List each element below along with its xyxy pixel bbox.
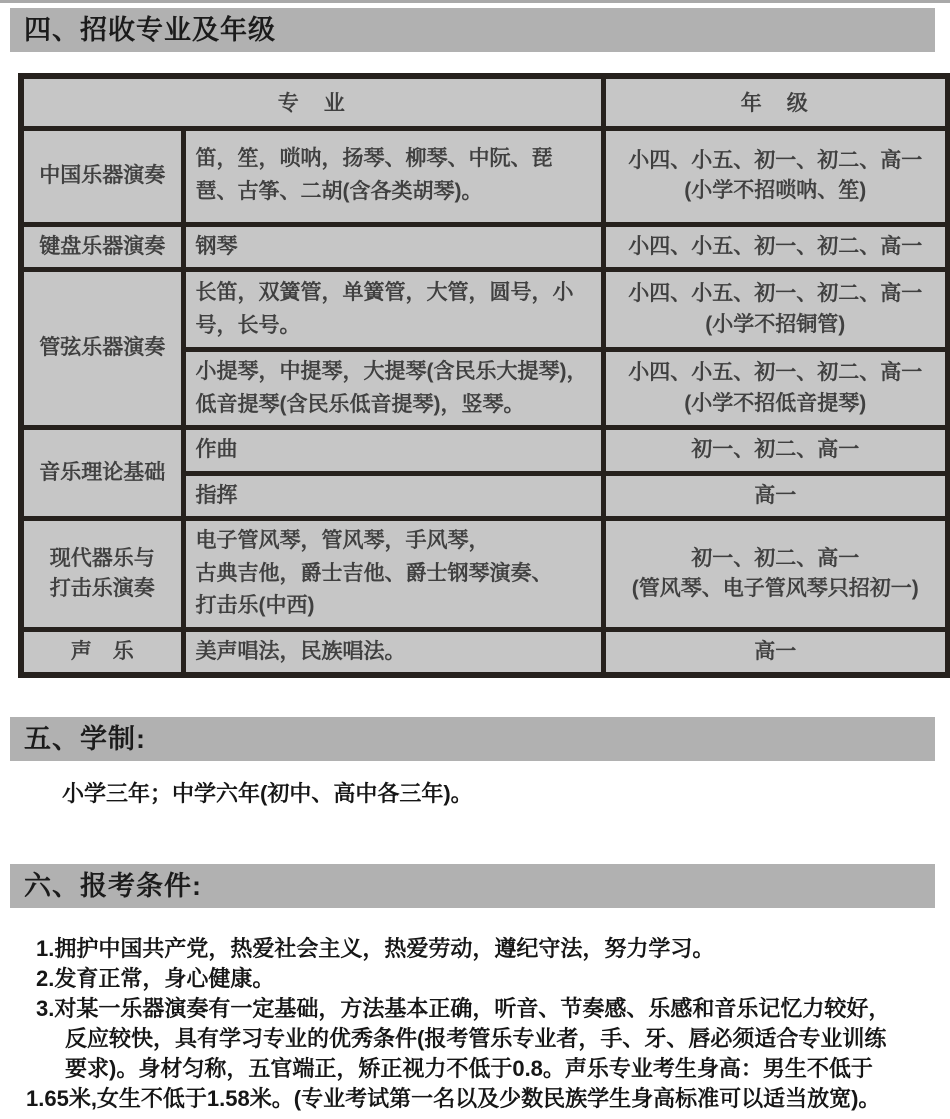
section-requirements-title: 六、报考条件:	[24, 871, 202, 901]
column-header-major: 专 业	[21, 76, 603, 128]
grades-keyboard: 小四、小五、初一、初二、高一	[603, 224, 948, 270]
requirement-item-3-line-2: 反应较快，具有学习专业的优秀条件(报考管乐专业者，手、牙、唇必须适合专业训练	[65, 1024, 950, 1054]
grades-conducting: 高一	[603, 473, 948, 519]
category-keyboard: 键盘乐器演奏	[21, 224, 183, 270]
section-admissions-header: 四、招收专业及年级	[10, 8, 935, 52]
instruments-chinese: 笛，笙，唢呐，扬琴、柳琴、中阮、琵琶、古筝、二胡(含各类胡琴)。	[183, 128, 603, 224]
requirement-item-3-line-3: 要求)。身材匀称，五官端正，矫正视力不低于0.8。声乐专业考生身高：男生不低于	[65, 1054, 950, 1084]
table-row: 键盘乐器演奏 钢琴 小四、小五、初一、初二、高一	[21, 224, 948, 270]
category-music-theory: 音乐理论基础	[21, 428, 183, 519]
grade-note: (小学不招低音提琴)	[616, 389, 936, 419]
grade-line: 高一	[616, 481, 936, 511]
category-line: 打击乐演奏	[34, 574, 171, 604]
table-row: 现代器乐与 打击乐演奏 电子管风琴，管风琴，手风琴， 古典吉他，爵士吉他、爵士钢…	[21, 519, 948, 630]
requirement-item-1: 1.拥护中国共产党，热爱社会主义，热爱劳动，遵纪守法，努力学习。	[36, 934, 950, 964]
grade-header-label: 年 级	[741, 92, 810, 115]
instruments-composition: 作曲	[183, 428, 603, 474]
grade-line: 小四、小五、初一、初二、高一	[616, 279, 936, 309]
instruments-strings: 小提琴，中提琴，大提琴(含民乐大提琴)，低音提琴(含民乐低音提琴)，竖琴。	[183, 350, 603, 428]
major-header-label: 专 业	[278, 92, 347, 115]
grade-line: 小四、小五、初一、初二、高一	[616, 232, 936, 262]
duration-text: 小学三年；中学六年(初中、高中各三年)。	[62, 777, 950, 808]
grade-note: (小学不招唢呐、笙)	[616, 176, 936, 206]
category-vocal: 声 乐	[21, 629, 183, 675]
category-modern-percussion: 现代器乐与 打击乐演奏	[21, 519, 183, 630]
table-header-row: 专 业 年 级	[21, 76, 948, 128]
grade-note: (管风琴、电子管风琴只招初一)	[616, 574, 936, 604]
requirement-item-2: 2.发育正常，身心健康。	[36, 964, 950, 994]
grade-line: 小四、小五、初一、初二、高一	[616, 146, 936, 176]
instruments-modern: 电子管风琴，管风琴，手风琴， 古典吉他，爵士吉他、爵士钢琴演奏、 打击乐(中西)	[183, 519, 603, 630]
grade-note: (小学不招铜管)	[616, 310, 936, 340]
instruments-keyboard: 钢琴	[183, 224, 603, 270]
grades-modern: 初一、初二、高一 (管风琴、电子管风琴只招初一)	[603, 519, 948, 630]
requirement-item-3-line-1: 3.对某一乐器演奏有一定基础，方法基本正确，听音、节奏感、乐感和音乐记忆力较好，	[36, 994, 950, 1024]
grades-strings: 小四、小五、初一、初二、高一 (小学不招低音提琴)	[603, 350, 948, 428]
instrument-line: 古典吉他，爵士吉他、爵士钢琴演奏、	[196, 558, 591, 591]
instruments-winds: 长笛，双簧管，单簧管，大管，圆号，小号，长号。	[183, 270, 603, 350]
table-row: 中国乐器演奏 笛，笙，唢呐，扬琴、柳琴、中阮、琵琶、古筝、二胡(含各类胡琴)。 …	[21, 128, 948, 224]
table-row: 声 乐 美声唱法，民族唱法。 高一	[21, 629, 948, 675]
category-line: 现代器乐与	[34, 544, 171, 574]
grade-line: 初一、初二、高一	[616, 435, 936, 465]
section-duration-title: 五、学制:	[24, 724, 146, 754]
page-top-rule	[0, 0, 950, 3]
instruments-vocal: 美声唱法，民族唱法。	[183, 629, 603, 675]
requirement-item-3-line-4: 1.65米,女生不低于1.58米。(专业考试第一名以及少数民族学生身高标准可以适…	[26, 1084, 950, 1114]
grade-line: 小四、小五、初一、初二、高一	[616, 358, 936, 388]
table-row: 管弦乐器演奏 长笛，双簧管，单簧管，大管，圆号，小号，长号。 小四、小五、初一、…	[21, 270, 948, 350]
grade-line: 高一	[616, 637, 936, 667]
table-row: 音乐理论基础 作曲 初一、初二、高一	[21, 428, 948, 474]
grades-composition: 初一、初二、高一	[603, 428, 948, 474]
grades-winds: 小四、小五、初一、初二、高一 (小学不招铜管)	[603, 270, 948, 350]
instruments-conducting: 指挥	[183, 473, 603, 519]
category-orchestral: 管弦乐器演奏	[21, 270, 183, 428]
requirements-list: 1.拥护中国共产党，热爱社会主义，热爱劳动，遵纪守法，努力学习。 2.发育正常，…	[0, 934, 950, 1114]
admissions-table: 专 业 年 级 中国乐器演奏 笛，笙，唢呐，扬琴、柳琴、中阮、琵琶、古筝、二胡(…	[18, 73, 950, 678]
grades-vocal: 高一	[603, 629, 948, 675]
section-duration-header: 五、学制:	[10, 717, 935, 761]
category-chinese-instruments: 中国乐器演奏	[21, 128, 183, 224]
instrument-line: 电子管风琴，管风琴，手风琴，	[196, 525, 591, 558]
column-header-grade: 年 级	[603, 76, 948, 128]
grades-chinese: 小四、小五、初一、初二、高一 (小学不招唢呐、笙)	[603, 128, 948, 224]
instrument-line: 打击乐(中西)	[196, 590, 591, 623]
section-admissions-title: 四、招收专业及年级	[24, 15, 276, 45]
grade-line: 初一、初二、高一	[616, 544, 936, 574]
section-requirements-header: 六、报考条件:	[10, 864, 935, 908]
